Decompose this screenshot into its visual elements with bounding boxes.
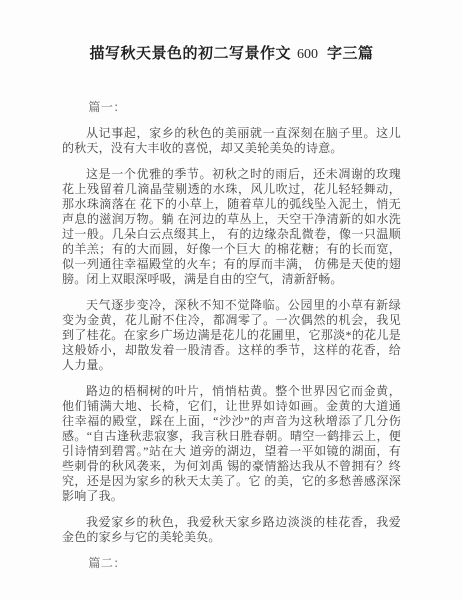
title-number: 600 — [297, 47, 318, 62]
document-page: 描写秋天景色的初二写景作文600字三篇 篇一：从记事起，家乡的秋色的美丽就一直深… — [0, 0, 463, 600]
section-heading: 篇二： — [62, 556, 401, 571]
document-title: 描写秋天景色的初二写景作文600字三篇 — [62, 44, 401, 65]
essay-paragraph: 这是一个优雅的季节。初秋之时的雨后，还未凋谢的玫瑰花上残留着几滴晶莹剔透的水珠，… — [62, 167, 401, 287]
title-text-main: 描写秋天景色的初二写景作文 — [89, 45, 291, 62]
section-heading: 篇一： — [62, 100, 401, 115]
essay-paragraph: 我爱家乡的秋色，我爱秋天家乡路边淡淡的桂花香，我爱金色的家乡与它的美轮美奂。 — [62, 515, 401, 545]
essay-paragraph: 从记事起，家乡的秋色的美丽就一直深刻在脑子里。这儿的秋天，没有大丰收的喜悦，却又… — [62, 126, 401, 156]
essay-paragraph: 路边的梧桐树的叶片，悄悄枯黄。整个世界因它而金黄，他们铺满大地、长椅，它们，让世… — [62, 384, 401, 504]
essay-paragraph: 天气逐步变冷，深秋不知不觉降临。公园里的小草有新绿变为金黄，花儿耐不住冷，都凋零… — [62, 298, 401, 373]
title-text-suffix: 字三篇 — [327, 45, 374, 62]
essay-body: 篇一：从记事起，家乡的秋色的美丽就一直深刻在脑子里。这儿的秋天，没有大丰收的喜悦… — [62, 100, 401, 571]
